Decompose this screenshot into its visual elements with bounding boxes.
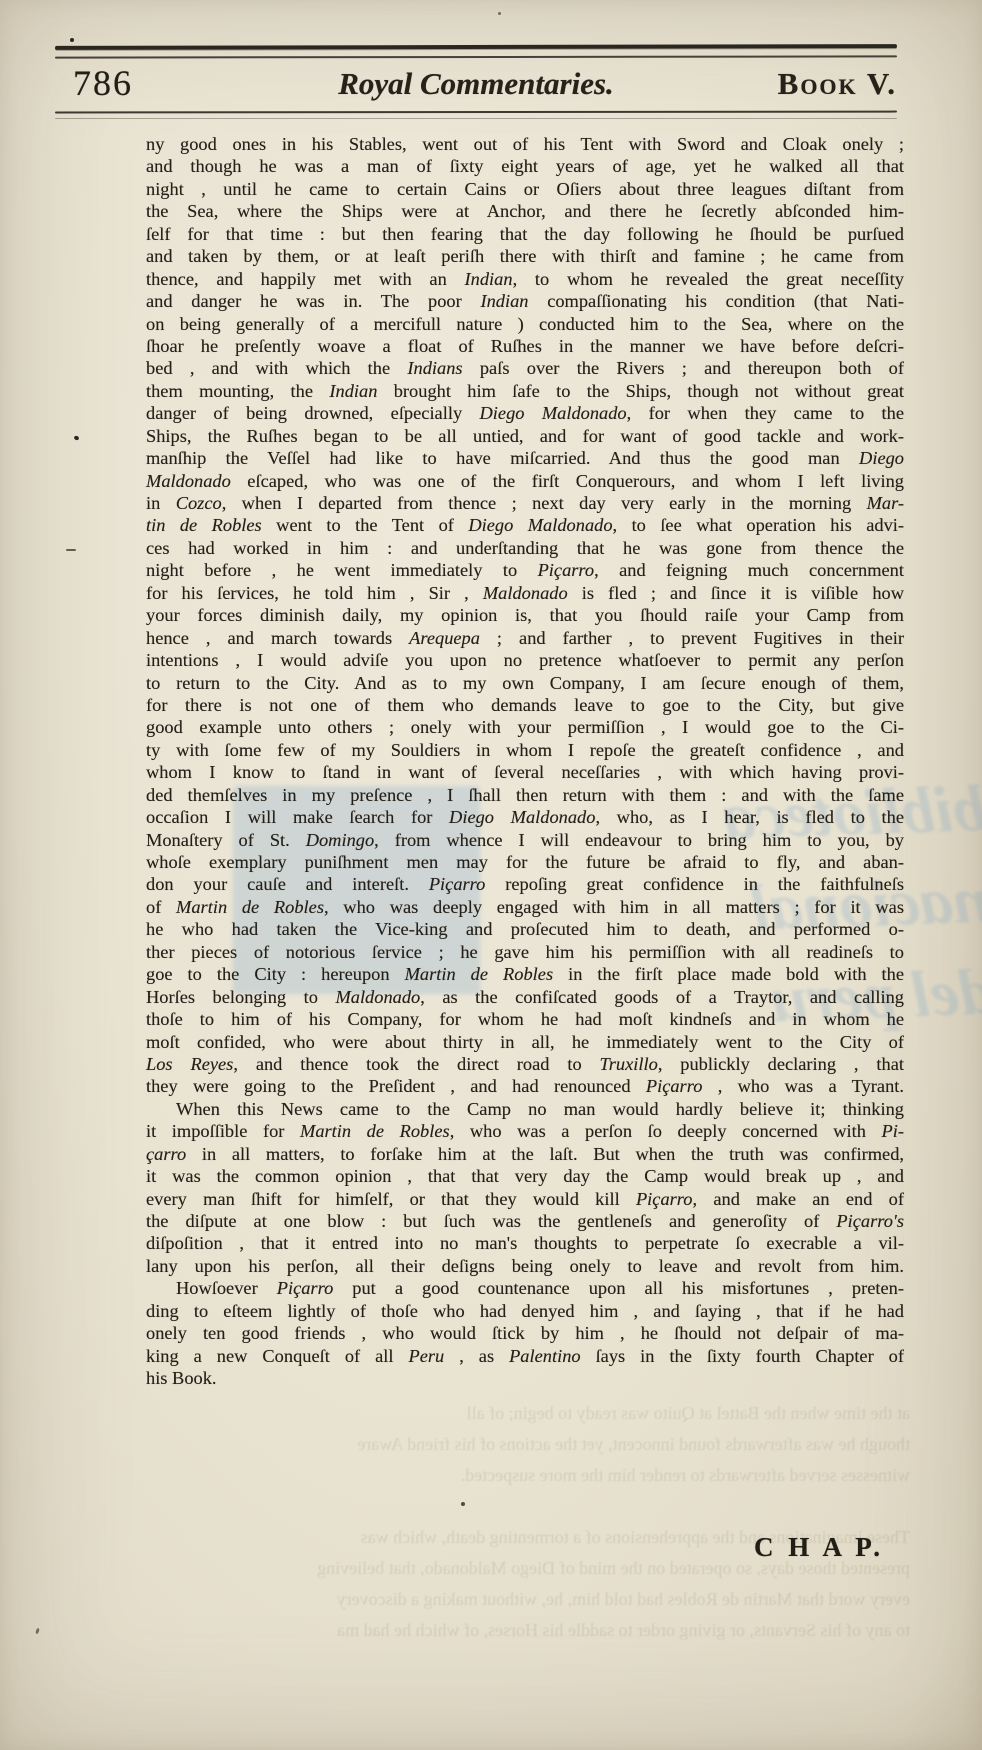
text-line: the Sea, where the Ships were at Anchor,…: [146, 200, 904, 222]
text-line: they were going to the Preſident , and h…: [146, 1075, 904, 1097]
page-header: 786 Royal Commentaries. Book V.: [55, 60, 897, 110]
book-label: Book V.: [778, 66, 897, 102]
text-line: ny good ones in his Stables, went out of…: [146, 133, 904, 155]
italic-text: Indians: [407, 358, 462, 378]
showthrough-line: though he was afterwards found innocent,…: [120, 1429, 910, 1460]
text-line: and though he was a man of ſixty eight y…: [146, 155, 904, 177]
page-body: ny good ones in his Stables, went out of…: [146, 133, 904, 1390]
header-top-rule-thin: [55, 55, 897, 58]
text-line: ty with ſome few of my Souldiers in whom…: [146, 739, 904, 761]
italic-text: Cozco: [176, 493, 222, 513]
text-line: çarro in all matters, to forſake him at …: [146, 1143, 904, 1165]
text-line: ther pieces of notorious ſervice ; he ga…: [146, 941, 904, 963]
text-line: your forces diminish daily, my opinion i…: [146, 604, 904, 626]
text-line: onely ten good friends , who would ſtick…: [146, 1322, 904, 1344]
text-line: he who had taken the Vice-king and proſe…: [146, 918, 904, 940]
italic-text: Pi-: [882, 1121, 904, 1141]
text-line: king a new Conqueſt of all Peru , as Pal…: [146, 1345, 904, 1367]
text-line: night before , he went immediately to Pi…: [146, 559, 904, 581]
italic-text: Martin de Robles: [300, 1121, 450, 1141]
text-line: and taken by them, or at leaſt periſh th…: [146, 245, 904, 267]
italic-text: Indian: [480, 291, 528, 311]
italic-text: Maldonado: [146, 471, 231, 491]
italic-text: Maldonado: [483, 583, 568, 603]
header-bottom-rule: [55, 111, 897, 114]
text-line: Maldonado eſcaped, who was one of the fi…: [146, 470, 904, 492]
italic-text: Peru: [408, 1346, 444, 1366]
text-line: Monaſtery of St. Domingo, from whence I …: [146, 829, 904, 851]
italic-text: Los Reyes: [146, 1054, 233, 1074]
text-line: occaſion I will make ſearch for Diego Ma…: [146, 806, 904, 828]
header-bottom-rule-faint: [55, 118, 897, 119]
text-line: good example unto others ; onely with yo…: [146, 716, 904, 738]
book-page-scan: 786 Royal Commentaries. Book V. bibliote…: [0, 0, 982, 1750]
text-line: for his ſervices, he told him , Sir , Ma…: [146, 582, 904, 604]
ink-speck: [461, 1502, 465, 1506]
italic-text: Martin de Robles: [405, 964, 554, 984]
text-line: ding to eſteem lightly of thoſe who had …: [146, 1300, 904, 1322]
italic-text: Piçarro: [636, 1189, 693, 1209]
text-line: it impoſſible for Martin de Robles, who …: [146, 1120, 904, 1142]
text-line: to return to the City. And as to my own …: [146, 672, 904, 694]
paragraph: When this News came to the Camp no man w…: [146, 1098, 904, 1278]
text-line: the diſpute at one blow : but ſuch was t…: [146, 1210, 904, 1232]
text-line: ded themſelves in my preſence , I ſhall …: [146, 784, 904, 806]
text-line: bed , and with which the Indians paſs ov…: [146, 357, 904, 379]
text-line: lany upon his perſon, all their deſigns …: [146, 1255, 904, 1277]
text-line: Los Reyes, and thence took the direct ro…: [146, 1053, 904, 1075]
text-line: Ships, the Ruſhes began to be all untied…: [146, 425, 904, 447]
paragraph: Howſoever Piçarro put a good countenance…: [146, 1277, 904, 1389]
ink-speck: [66, 549, 76, 551]
showthrough-line: every word that Martin de Robles had tol…: [120, 1584, 910, 1615]
text-line: thence, and happily met with an Indian, …: [146, 268, 904, 290]
text-line: thoſe to him of his Company, for whom he…: [146, 1008, 904, 1030]
italic-text: Piçarro: [429, 874, 486, 894]
text-line: on being generally of a mercifull nature…: [146, 313, 904, 335]
text-line: them mounting, the Indian brought him ſa…: [146, 380, 904, 402]
italic-text: Piçarro: [646, 1076, 703, 1096]
text-line: moſt confided, who were about thirty in …: [146, 1031, 904, 1053]
text-line: whom I know to ſtand in want of ſeveral …: [146, 761, 904, 783]
paragraph: ny good ones in his Stables, went out of…: [146, 133, 904, 1098]
verso-text-showthrough: at the time when the Battel at Quito was…: [120, 1398, 910, 1646]
header-top-rule-thick: [55, 44, 897, 50]
italic-text: Piçarro: [538, 560, 595, 580]
running-title: Royal Commentaries.: [55, 66, 897, 102]
showthrough-line: [120, 1491, 910, 1522]
text-line: When this News came to the Camp no man w…: [146, 1098, 904, 1120]
text-line: his Book.: [146, 1367, 904, 1389]
italic-text: Maldonado: [335, 987, 420, 1007]
ink-speck: [498, 12, 501, 15]
text-line: tin de Robles went to the Tent of Diego …: [146, 514, 904, 536]
showthrough-line: at the time when the Battel at Quito was…: [120, 1398, 910, 1429]
italic-text: Piçarro: [277, 1278, 334, 1298]
italic-text: Domingo: [306, 830, 374, 850]
text-line: for there is not one of them who demands…: [146, 694, 904, 716]
italic-text: Diego Maldonado: [449, 807, 595, 827]
catchword: C H A P.: [754, 1532, 884, 1563]
text-line: ſelf for that time : but then fearing th…: [146, 223, 904, 245]
text-line: night , until he came to certain Cains o…: [146, 178, 904, 200]
text-line: goe to the City : hereupon Martin de Rob…: [146, 963, 904, 985]
italic-text: tin de Robles: [146, 515, 262, 535]
text-line: and danger he was in. The poor Indian co…: [146, 290, 904, 312]
italic-text: Martin de Robles: [176, 897, 324, 917]
text-line: every man ſhift for himſelf, or that the…: [146, 1188, 904, 1210]
italic-text: Diego: [859, 448, 904, 468]
text-line: of Martin de Robles, who was deeply enga…: [146, 896, 904, 918]
text-line: it was the common opinion , that that ve…: [146, 1165, 904, 1187]
italic-text: Diego Maldonado: [468, 515, 612, 535]
text-line: hence , and march towards Arequepa ; and…: [146, 627, 904, 649]
ink-speck: [70, 38, 74, 42]
text-line: intentions , I would adviſe you upon no …: [146, 649, 904, 671]
italic-text: Diego Maldonado: [480, 403, 627, 423]
ink-speck: [73, 435, 79, 441]
text-line: don your cauſe and intereſt. Piçarro rep…: [146, 873, 904, 895]
italic-text: Piçarro's: [836, 1211, 904, 1231]
ink-speck: [35, 1628, 40, 1635]
text-line: whoſe exemplary puniſhment men may for t…: [146, 851, 904, 873]
text-line: ſhoar he preſently woave a float of Ruſh…: [146, 335, 904, 357]
text-line: in Cozco, when I departed from thence ; …: [146, 492, 904, 514]
italic-text: çarro: [146, 1144, 186, 1164]
italic-text: Truxillo: [600, 1054, 658, 1074]
italic-text: Indian: [329, 381, 377, 401]
italic-text: Mar-: [867, 493, 904, 513]
text-line: Howſoever Piçarro put a good countenance…: [146, 1277, 904, 1299]
text-line: diſpoſition , that it entred into no man…: [146, 1232, 904, 1254]
showthrough-line: to any of his Servants, or giving order …: [120, 1615, 910, 1646]
showthrough-line: witnesses served afterwards to render hi…: [120, 1460, 910, 1491]
text-line: Horſes belonging to Maldonado, as the co…: [146, 986, 904, 1008]
text-line: danger of being drowned, eſpecially Dieg…: [146, 402, 904, 424]
text-line: ces had worked in him : and underſtandin…: [146, 537, 904, 559]
italic-text: Indian: [465, 269, 513, 289]
italic-text: Palentino: [509, 1346, 581, 1366]
text-line: manſhip the Veſſel had like to have miſc…: [146, 447, 904, 469]
italic-text: Arequepa: [409, 628, 480, 648]
